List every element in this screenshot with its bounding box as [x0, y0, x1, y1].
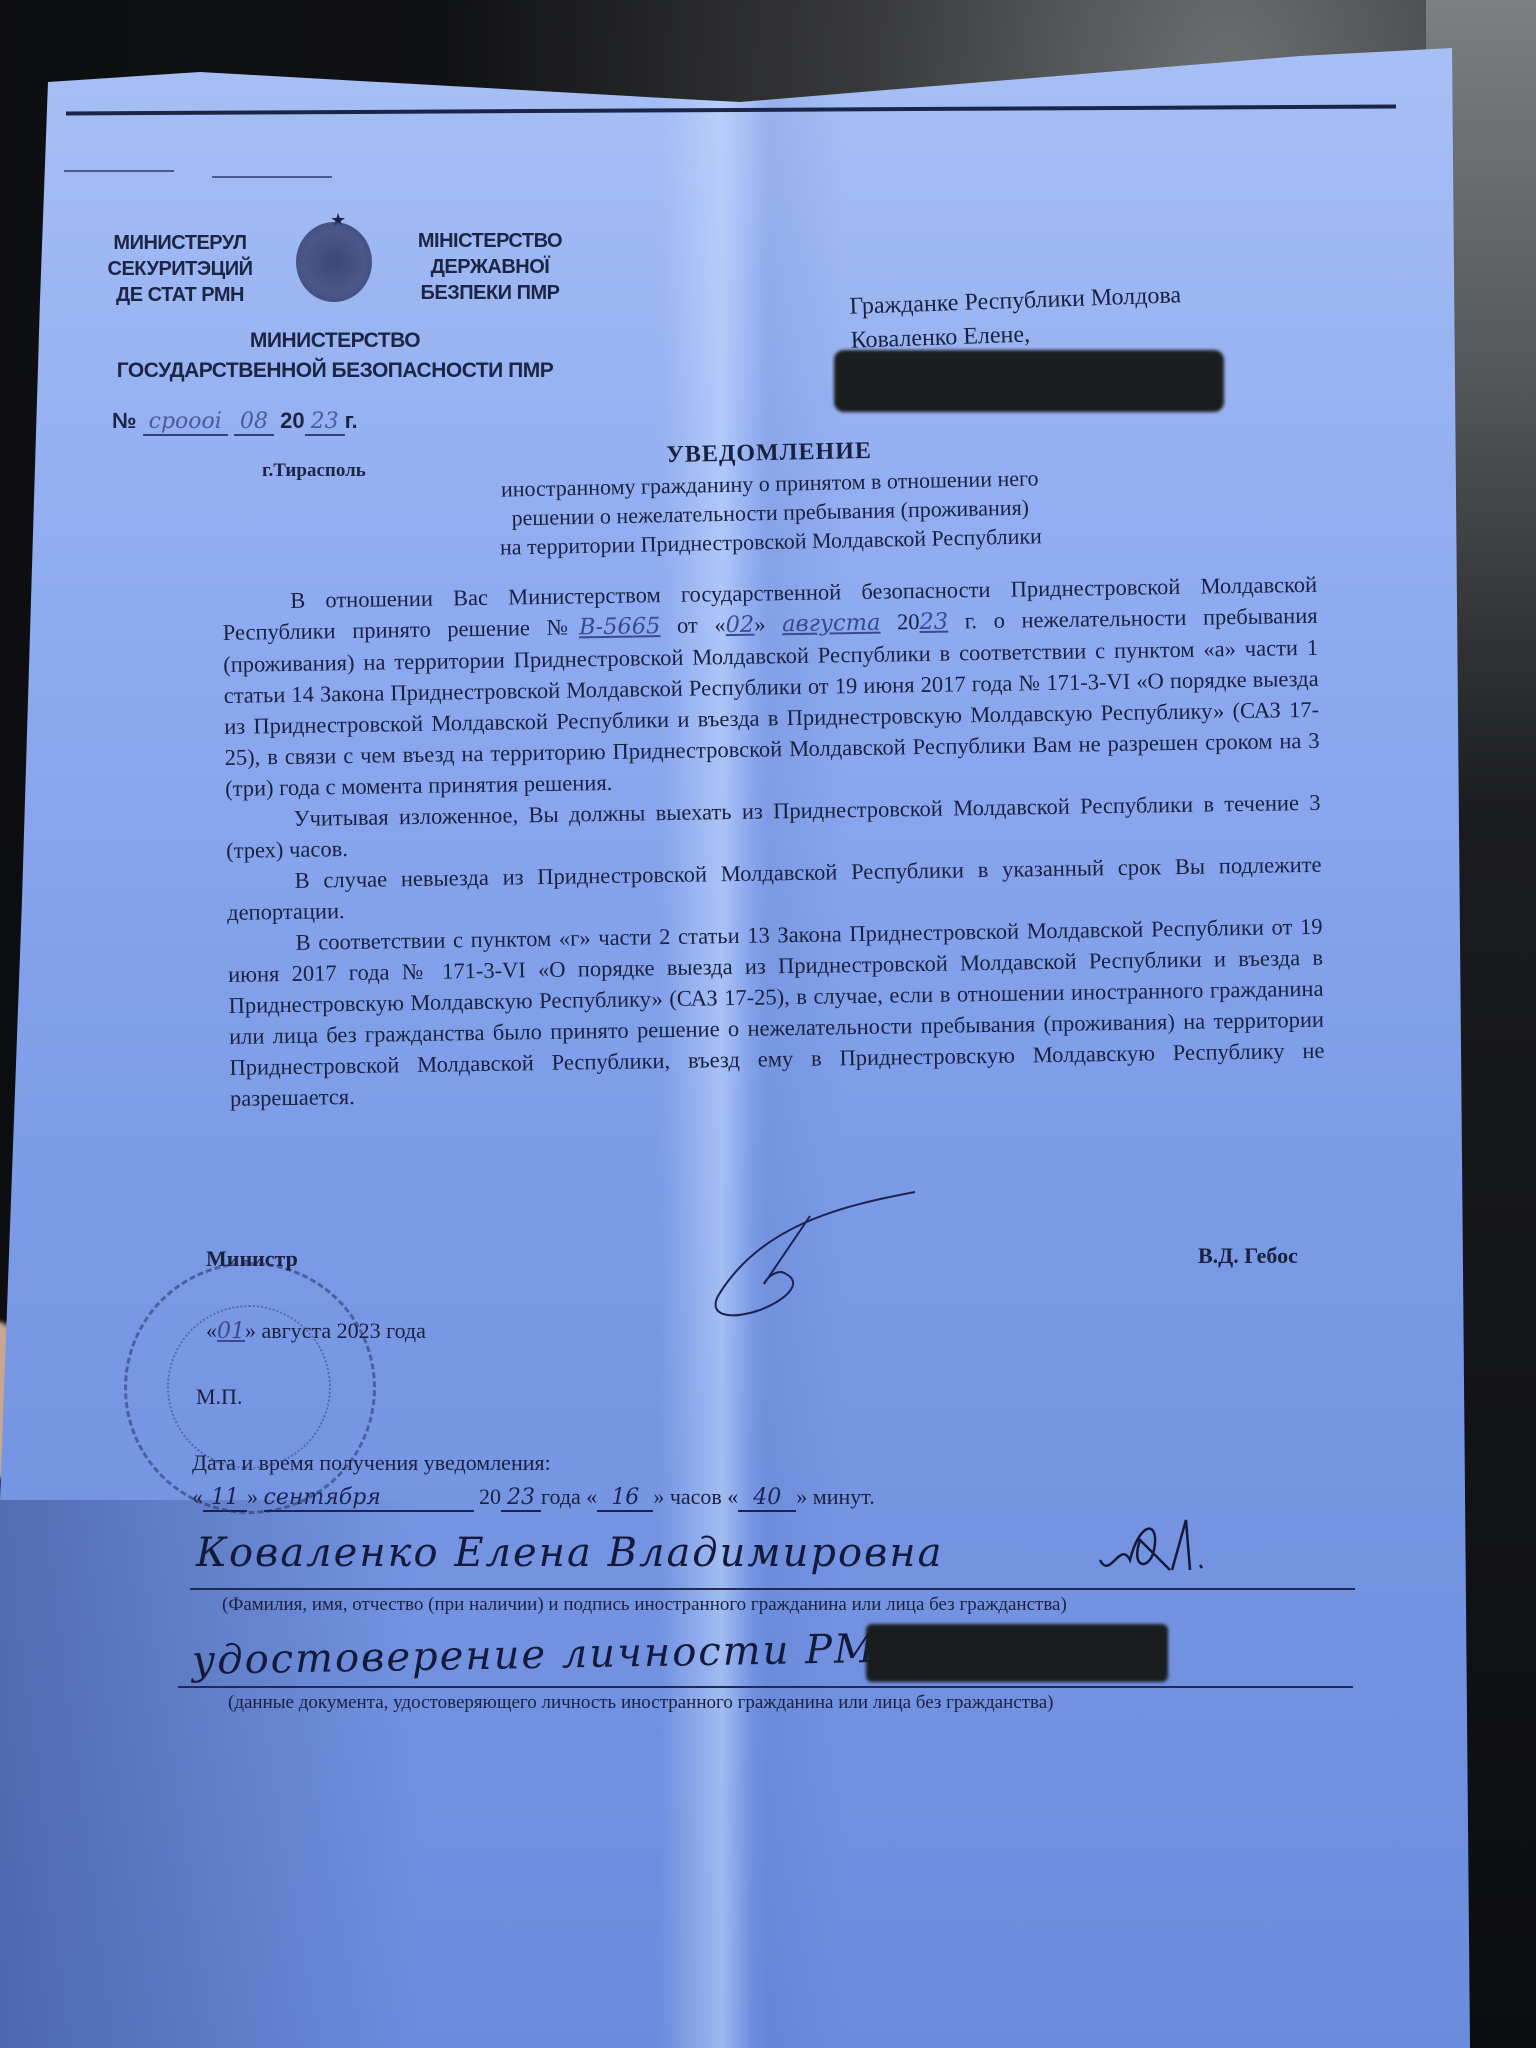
minister-signature: [690, 1186, 930, 1326]
addressee: Гражданке Республики Молдова Коваленко Е…: [849, 278, 1183, 358]
receipt-minutes-handwritten: 40: [738, 1485, 796, 1512]
paragraph-decision: В отношении Вас Министерством государств…: [222, 569, 1320, 804]
registration-number: № сроооі 08 2023г.: [112, 408, 358, 434]
faint-dash: [64, 170, 174, 172]
receipt-day-handwritten: 11: [203, 1485, 247, 1512]
redaction-block: [866, 1624, 1168, 1682]
document-title: УВЕДОМЛЕНИЕ иностранному гражданину о пр…: [429, 433, 1111, 563]
official-seal: [124, 1262, 376, 1514]
decision-day-handwritten: 02: [725, 612, 754, 638]
receipt-month-handwritten: сентября: [264, 1485, 474, 1512]
ministry-name-moldovan: МИНИСТЕРУЛ СЕКУРИТЭЦИЙ ДЕ СТАТ РМН: [100, 230, 260, 308]
name-caption: (Фамилия, имя, отчество (при наличии) и …: [222, 1594, 1067, 1616]
recipient-name-handwritten: Коваленко Елена Владимировна: [196, 1530, 944, 1576]
text: »: [247, 1484, 258, 1509]
text: »: [754, 611, 782, 636]
receipt-label: Дата и время получения уведомления:: [192, 1450, 551, 1476]
receipt-year-handwritten: 23: [501, 1485, 541, 1512]
decision-year-handwritten: 23: [919, 609, 948, 635]
ministry-line: МІНІСТЕРСТВО: [400, 228, 580, 254]
number-sign: №: [112, 408, 137, 433]
faint-dash: [212, 176, 332, 178]
decision-month-handwritten: августа: [782, 610, 881, 638]
signatory-name: В.Д. Гебос: [1198, 1243, 1298, 1269]
reg-year-handwritten: 23: [305, 409, 345, 436]
receipt-hours-handwritten: 16: [597, 1485, 653, 1512]
text: года «: [541, 1484, 597, 1509]
ministry-line: БЕЗПЕКИ ПМР: [400, 280, 580, 306]
ministry-line: СЕКУРИТЭЦИЙ: [100, 256, 260, 282]
notice-body: В отношении Вас Министерством государств…: [222, 569, 1325, 1114]
ministry-line: МИНИСТЕРСТВО: [110, 326, 560, 356]
paper-shadow: [0, 1500, 420, 2048]
text: » августа 2023 года: [245, 1318, 426, 1343]
paragraph-entry-ban: В соответствии с пунктом «г» части 2 ста…: [227, 911, 1325, 1114]
text: 20: [479, 1484, 501, 1509]
recipient-signature: [1090, 1510, 1210, 1590]
ministry-name-russian: МИНИСТЕРСТВО ГОСУДАРСТВЕННОЙ БЕЗОПАСНОСТ…: [110, 326, 560, 386]
text: » часов «: [653, 1484, 738, 1509]
ministry-line: ДЕРЖАВНОЇ: [400, 254, 580, 280]
text: 20: [880, 609, 919, 635]
signatory-position: Министр: [206, 1246, 298, 1272]
ministry-line: ДЕ СТАТ РМН: [100, 282, 260, 308]
ministry-line: МИНИСТЕРУЛ: [100, 230, 260, 256]
reg-day-handwritten: 08: [234, 409, 274, 436]
signature-date: «01» августа 2023 года: [206, 1318, 426, 1344]
reg-year-prefix: 20: [280, 408, 304, 433]
ministry-name-ukrainian: МІНІСТЕРСТВО ДЕРЖАВНОЇ БЕЗПЕКИ ПМР: [400, 228, 580, 306]
city-label: г.Тирасполь: [262, 460, 366, 482]
coat-of-arms-icon: [296, 222, 372, 302]
seal-label: М.П.: [196, 1384, 242, 1410]
name-signature-line: [190, 1588, 1355, 1590]
text: «: [206, 1318, 217, 1343]
ministry-line: ГОСУДАРСТВЕННОЙ БЕЗОПАСНОСТИ ПМР: [110, 356, 560, 386]
document-data-line: [178, 1686, 1353, 1688]
reg-year-suffix: г.: [345, 408, 358, 433]
redaction-block: [834, 350, 1224, 412]
receipt-datetime: «11» сентября 2023года «16» часов «40» м…: [192, 1484, 875, 1512]
text: «: [192, 1484, 203, 1509]
text: » минут.: [796, 1484, 874, 1509]
signature-day-handwritten: 01: [217, 1319, 245, 1344]
decision-number-handwritten: В-5665: [579, 613, 661, 640]
reg-number-handwritten: сроооі: [143, 409, 228, 436]
document-caption: (данные документа, удостоверяющего лично…: [228, 1692, 1053, 1714]
text: от «: [660, 612, 726, 638]
